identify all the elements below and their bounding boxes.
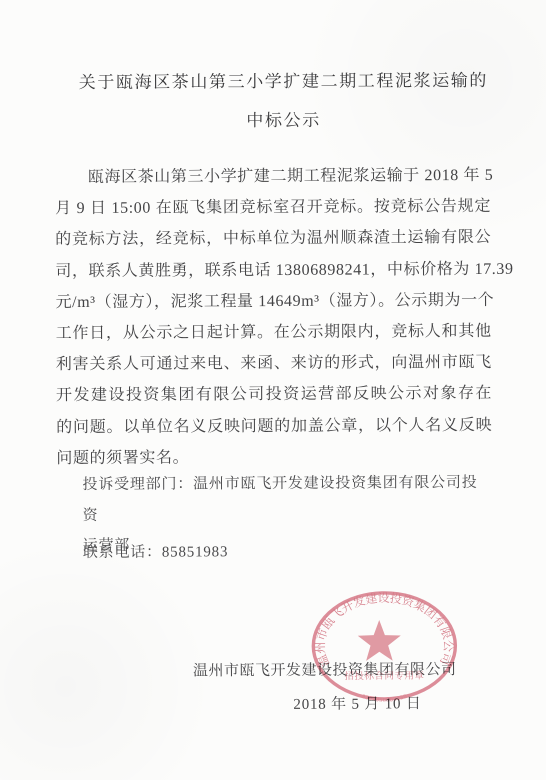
company-seal: 温州市瓯飞开发建设投资集团有限公司 招投标合同专用章 3309050503130	[309, 588, 460, 707]
body-line: 工作日，从公示之日起计算。在公示期限内，竞标人和其他	[56, 316, 492, 349]
body-line: 月 9 日 15:00 在瓯飞集团竞标室召开竞标。按竞标公告规定	[55, 191, 491, 224]
body-line: 瓯海区茶山第三小学扩建二期工程泥浆运输于 2018 年 5	[55, 160, 491, 193]
document-title: 关于瓯海区茶山第三小学扩建二期工程泥浆运输的中标公示	[68, 61, 498, 141]
body-line: 的竞标方法，经竞标，中标单位为温州顺森渣土运输有限公	[55, 222, 491, 255]
contact-phone: 联系电话：85851983	[83, 540, 229, 562]
document-content: 关于瓯海区茶山第三小学扩建二期工程泥浆运输的中标公示 瓯海区茶山第三小学扩建二期…	[0, 0, 546, 780]
star-icon	[358, 620, 401, 661]
title-line: 关于瓯海区茶山第三小学扩建二期工程泥浆运输的	[68, 61, 498, 102]
body-line: 利害关系人可通过来电、来函、来访的形式，向温州市瓯飞	[56, 347, 492, 380]
seal-ring-text: 温州市瓯飞开发建设投资集团有限公司	[313, 590, 456, 669]
seal-serial: 3309050503130	[361, 693, 408, 703]
seal-caption: 招投标合同专用章	[344, 670, 424, 682]
signature-company: 温州市瓯飞开发建设投资集团有限公司	[1, 658, 546, 682]
body-line: 的问题。以单位名义反映问题的加盖公章，以个人名义反映	[56, 409, 492, 442]
body-line: 开发建设投资集团有限公司投资运营部反映公示对象存在	[56, 378, 492, 411]
complaint-line: 投诉受理部门：温州市瓯飞开发建设投资集团有限公司投资	[82, 468, 486, 531]
body-line: 元/m³（湿方），泥浆工程量 14649m³（湿方）。公示期为一个	[55, 285, 491, 318]
body-paragraph: 瓯海区茶山第三小学扩建二期工程泥浆运输于 2018 年 5月 9 日 15:00…	[55, 160, 493, 474]
announcement-document: 关于瓯海区茶山第三小学扩建二期工程泥浆运输的中标公示 瓯海区茶山第三小学扩建二期…	[0, 0, 546, 780]
signature-date: 2018 年 5 月 10 日	[2, 692, 546, 716]
body-line: 司，联系人黄胜勇，联系电话 13806898241，中标价格为 17.39	[55, 253, 491, 286]
title-line: 中标公示	[68, 100, 498, 141]
